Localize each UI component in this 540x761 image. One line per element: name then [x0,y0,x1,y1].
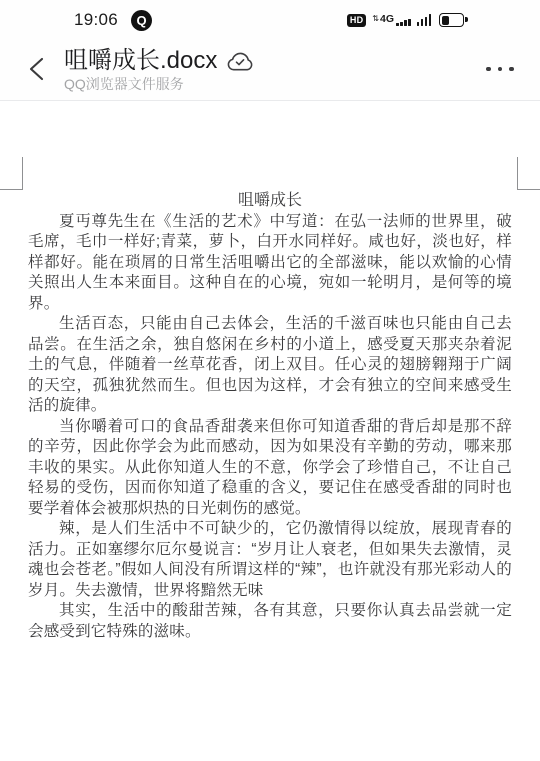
essay-title: 咀嚼成长 [28,191,512,212]
phone-screen: 19:06 Q HD ⇅ 4G 咀嚼成长.docx [0,0,540,761]
chevron-left-icon [26,56,48,82]
document-page[interactable]: 咀嚼成长 夏丏尊先生在《生活的艺术》中写道：在弘一法师的世界里，破毛席，毛巾一样… [0,101,540,761]
clock-time: 19:06 [74,10,118,30]
ellipsis-dot [509,67,514,72]
signal-bars-sim1-icon [396,19,411,27]
essay-paragraph-4: 辣，是人们生活中不可缺少的，它仍激情得以绽放，展现青春的活力。正如塞缪尔厄尔曼说… [28,519,512,601]
page-margin-mark-right [517,157,540,190]
essay-paragraph-1: 夏丏尊先生在《生活的艺术》中写道：在弘一法师的世界里，破毛席，毛巾一样好;青菜，… [28,212,512,315]
cloud-synced-icon [226,51,254,72]
status-bar-left: 19:06 Q [74,10,152,31]
essay-paragraph-3: 当你嚼着可口的食品香甜袭来但你可知道香甜的背后却是那不辞的辛劳，因此你学会为此而… [28,417,512,520]
status-bar-right: HD ⇅ 4G [347,13,464,27]
essay-paragraph-2: 生活百态，只能由自己去体会，生活的千滋百味也只能由自己去品尝。在生活之余，独自悠… [28,314,512,417]
ellipsis-dot [486,67,491,72]
header-title-row: 咀嚼成长.docx [64,47,482,75]
file-service-subtitle: QQ浏览器文件服务 [64,76,482,92]
more-options-button[interactable] [482,57,518,82]
page-margin-mark-left [0,157,23,190]
document-viewer-header: 咀嚼成长.docx QQ浏览器文件服务 [0,38,540,101]
qq-browser-notification-icon: Q [131,10,152,31]
battery-icon [439,13,464,27]
network-type-label: 4G [380,14,394,25]
ellipsis-dot [498,67,503,72]
document-body: 咀嚼成长 夏丏尊先生在《生活的艺术》中写道：在弘一法师的世界里，破毛席，毛巾一样… [0,191,540,642]
essay-paragraph-5: 其实，生活中的酸甜苦辣，各有其意，只要你认真去品尝就一定会感受到它特殊的滋味。 [28,601,512,642]
hd-volte-icon: HD [347,14,366,27]
header-title-block: 咀嚼成长.docx QQ浏览器文件服务 [64,47,482,92]
back-button[interactable] [26,52,56,86]
status-bar: 19:06 Q HD ⇅ 4G [0,0,540,38]
file-name-title: 咀嚼成长.docx [64,47,217,75]
signal-bars-sim2-icon [417,14,432,26]
mobile-data-icon: ⇅ 4G [372,14,410,27]
battery-level-fill [442,16,449,25]
data-updown-arrows-icon: ⇅ [372,15,379,23]
